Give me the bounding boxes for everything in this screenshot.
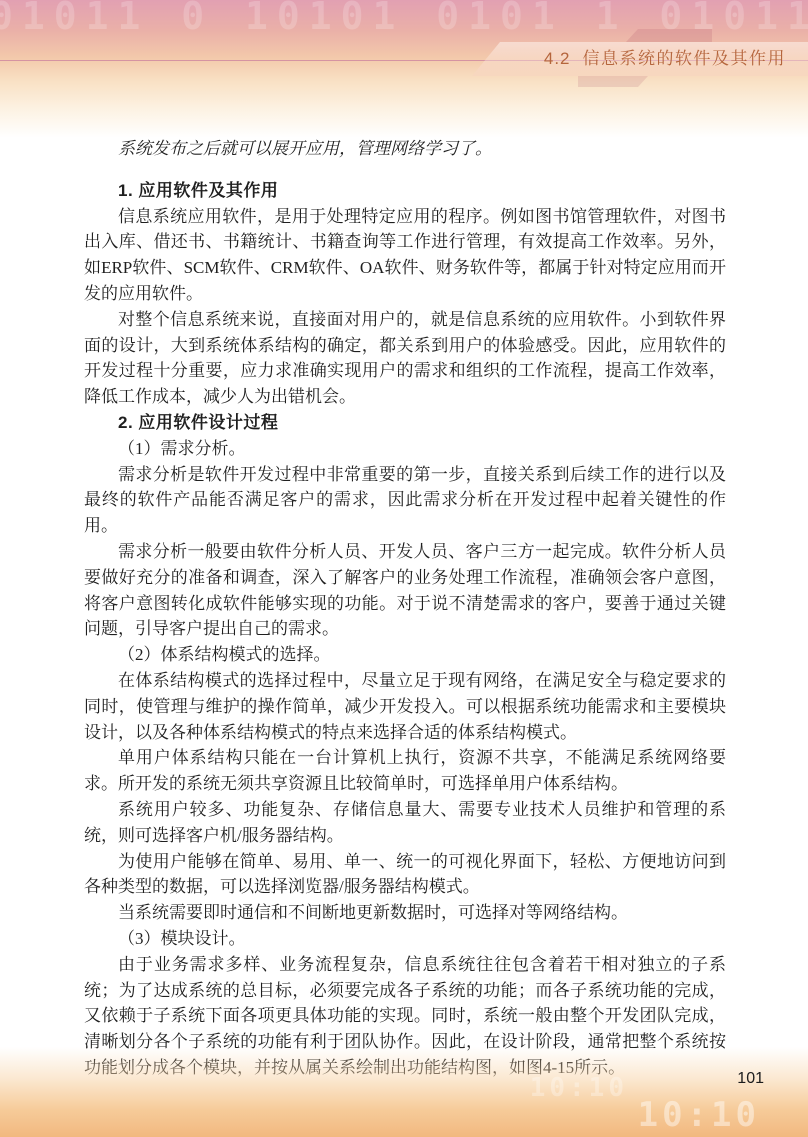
section-heading-2: 2. 应用软件设计过程 [84, 410, 726, 436]
list-item-3: （3）模块设计。 [84, 926, 726, 952]
header-band: 01011 0 10101 0101 1 010110 1 01011 010 … [0, 0, 808, 138]
paragraph: 单用户体系结构只能在一台计算机上执行，资源不共享，不能满足系统网络要求。所开发的… [84, 745, 726, 797]
textbook-page: 01011 0 10101 0101 1 010110 1 01011 010 … [0, 0, 808, 1137]
paragraph: 当系统需要即时通信和不间断地更新数据时，可选择对等网络结构。 [84, 900, 726, 926]
paragraph: 在体系结构模式的选择过程中，尽量立足于现有网络，在满足安全与稳定要求的同时，使管… [84, 668, 726, 745]
footer-band: 10:10 10:10 [0, 1047, 808, 1137]
section-title: 信息系统的软件及其作用 [583, 49, 787, 68]
paragraph: 需求分析一般要由软件分析人员、开发人员、客户三方一起完成。软件分析人员要做好充分… [84, 539, 726, 642]
page-number: 101 [737, 1070, 764, 1088]
paragraph: 系统用户较多、功能复杂、存储信息量大、需要专业技术人员维护和管理的系统，则可选择… [84, 797, 726, 849]
list-item-2: （2）体系结构模式的选择。 [84, 642, 726, 668]
continuation-paragraph: 系统发布之后就可以展开应用，管理网络学习了。 [84, 136, 726, 162]
paragraph: 对整个信息系统来说，直接面对用户的，就是信息系统的应用软件。小到软件界面的设计，… [84, 307, 726, 410]
footer-binary-texture: 10:10 [530, 1073, 628, 1103]
section-heading-1: 1. 应用软件及其作用 [84, 178, 726, 204]
section-banner: 4.2信息系统的软件及其作用 [472, 42, 808, 76]
page-content: 系统发布之后就可以展开应用，管理网络学习了。 1. 应用软件及其作用 信息系统应… [84, 136, 726, 1081]
banner-accent-shape-top [626, 29, 712, 42]
footer-binary-texture: 10:10 [638, 1095, 760, 1135]
section-number: 4.2 [544, 49, 571, 68]
list-item-1: （1）需求分析。 [84, 436, 726, 462]
paragraph: 需求分析是软件开发过程中非常重要的第一步，直接关系到后续工作的进行以及最终的软件… [84, 462, 726, 539]
banner-accent-shape-bottom [578, 76, 648, 87]
paragraph: 为使用户能够在简单、易用、单一、统一的可视化界面下，轻松、方便地访问到各种类型的… [84, 849, 726, 901]
paragraph: 信息系统应用软件，是用于处理特定应用的程序。例如图书馆管理软件，对图书出入库、借… [84, 204, 726, 307]
